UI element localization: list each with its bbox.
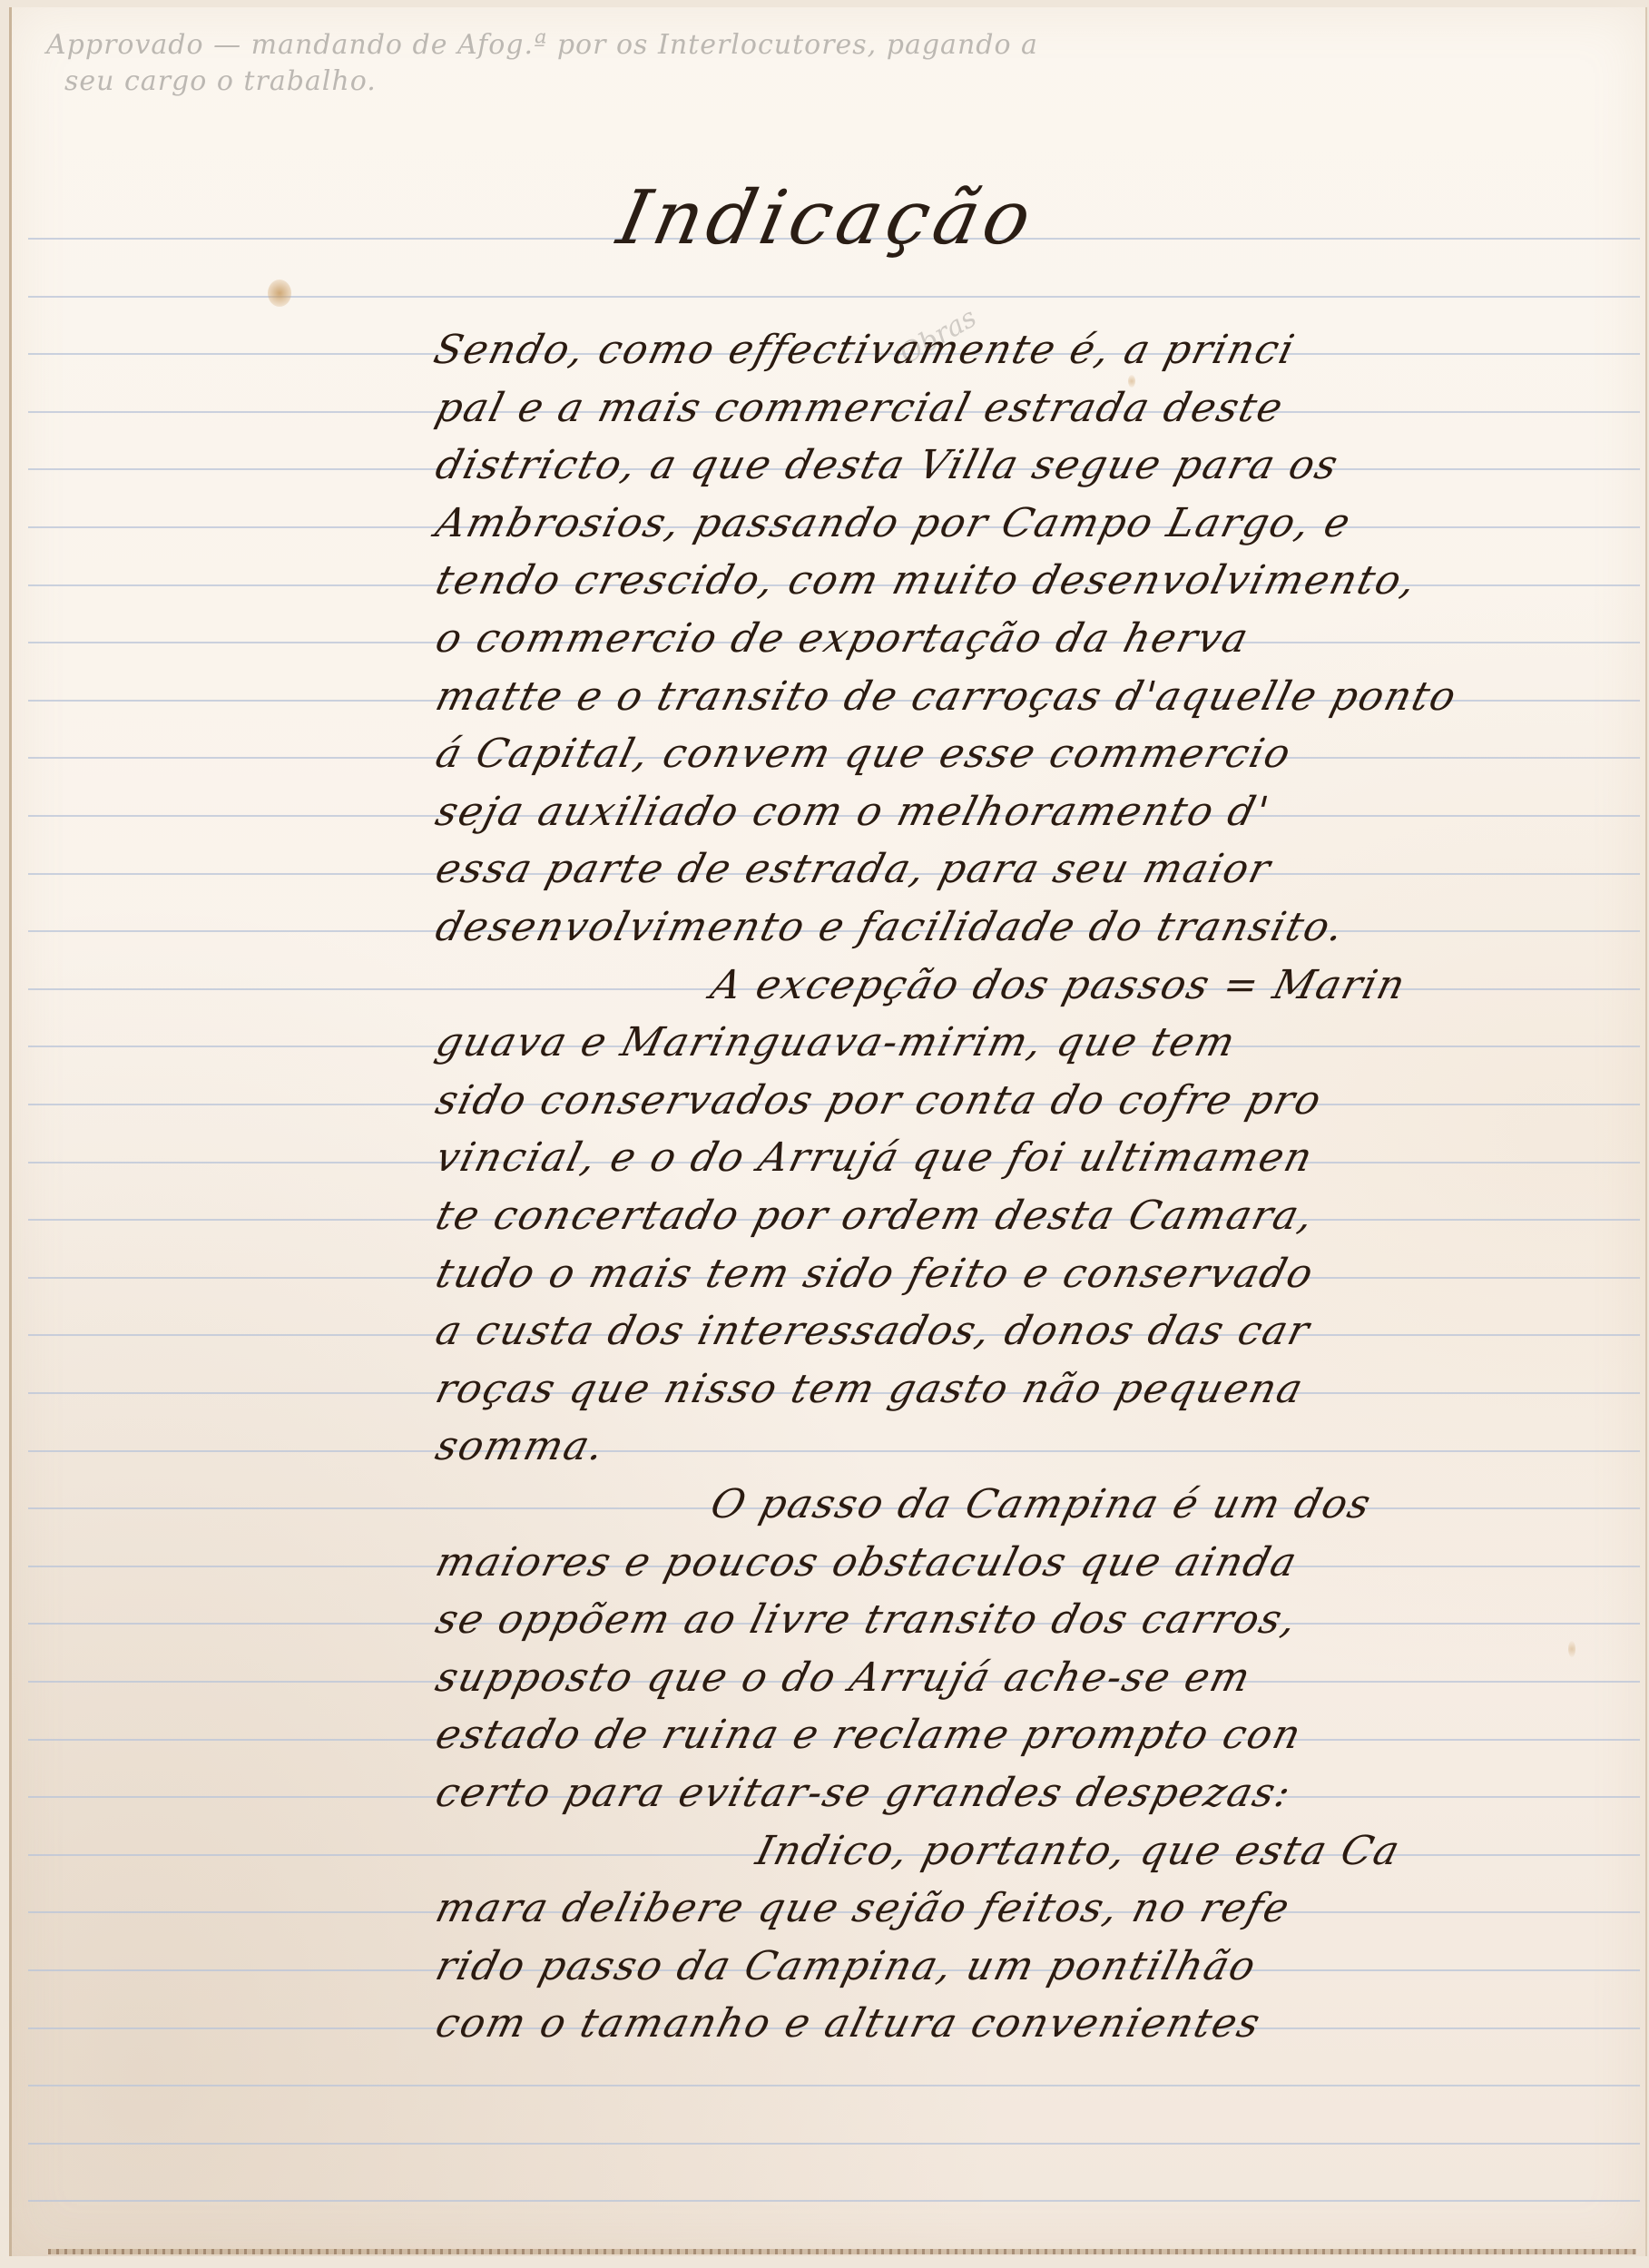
foxing-stain bbox=[268, 280, 291, 307]
manuscript-line: desenvolvimento e facilidade do transito… bbox=[431, 904, 1350, 950]
manuscript-line: Ambrosios, passando por Campo Largo, e bbox=[431, 500, 1356, 546]
manuscript-line: rido passo da Campina, um pontilhão bbox=[431, 1943, 1261, 1989]
document-title: Indicação bbox=[611, 175, 1044, 261]
manuscript-line: mara delibere que sejão feitos, no refe bbox=[431, 1885, 1295, 1931]
manuscript-line: estado de ruina e reclame prompto con bbox=[431, 1712, 1307, 1758]
manuscript-line: Indico, portanto, que esta Ca bbox=[751, 1828, 1406, 1874]
manuscript-line: Sendo, como effectivamente é, a princi bbox=[429, 327, 1301, 373]
margin-note: Approvado — mandando de Afog.ª por os In… bbox=[46, 27, 1589, 100]
manuscript-line: maiores e poucos obstaculos que ainda bbox=[431, 1539, 1302, 1586]
manuscript-line: essa parte de estrada, para seu maior bbox=[431, 846, 1277, 892]
manuscript-line: á Capital, convem que esse commercio bbox=[431, 731, 1297, 777]
ruled-line bbox=[28, 2085, 1640, 2086]
ruled-line bbox=[28, 2200, 1640, 2202]
foxing-stain bbox=[1568, 1641, 1575, 1657]
manuscript-line: districto, a que desta Villa segue para … bbox=[431, 442, 1344, 488]
manuscript-line: roças que nisso tem gasto não pequena bbox=[431, 1366, 1309, 1412]
manuscript-page: Approvado — mandando de Afog.ª por os In… bbox=[9, 7, 1647, 2256]
manuscript-line: matte e o transito de carroças d'aquelle… bbox=[431, 673, 1462, 720]
margin-note-line-2: seu cargo o trabalho. bbox=[46, 64, 1589, 100]
manuscript-line: sido conservados por conta do cofre pro bbox=[431, 1077, 1327, 1124]
manuscript-line: O passo da Campina é um dos bbox=[706, 1481, 1377, 1527]
manuscript-line: te concertado por ordem desta Camara, bbox=[431, 1193, 1320, 1239]
torn-bottom-edge bbox=[48, 2249, 1636, 2254]
manuscript-line: a custa dos interessados, donos das car bbox=[431, 1308, 1315, 1354]
manuscript-line: seja auxiliado com o melhoramento d' bbox=[431, 789, 1274, 835]
manuscript-line: guava e Maringuava-mirim, que tem bbox=[431, 1019, 1242, 1065]
manuscript-line: A excepção dos passos = Marin bbox=[706, 962, 1411, 1008]
manuscript-line: com o tamanho e altura convenientes bbox=[431, 2000, 1266, 2047]
manuscript-line: certo para evitar-se grandes despezas: bbox=[431, 1770, 1297, 1816]
manuscript-line: o commercio de exportação da herva bbox=[431, 615, 1254, 662]
ruled-line bbox=[28, 2143, 1640, 2145]
manuscript-line: somma. bbox=[431, 1423, 610, 1469]
ruled-line bbox=[28, 1450, 1640, 1452]
manuscript-line: tudo o mais tem sido feito e conservado bbox=[431, 1251, 1320, 1297]
manuscript-line: se oppõem ao livre transito dos carros, bbox=[431, 1596, 1302, 1643]
manuscript-line: tendo crescido, com muito desenvolviment… bbox=[431, 557, 1422, 604]
margin-note-line-1: Approvado — mandando de Afog.ª por os In… bbox=[46, 27, 1589, 64]
manuscript-line: pal e a mais commercial estrada deste bbox=[431, 385, 1289, 431]
manuscript-line: vincial, e o do Arrujá que foi ultimamen bbox=[431, 1134, 1319, 1181]
manuscript-line: supposto que o do Arrujá ache-se em bbox=[431, 1654, 1256, 1701]
